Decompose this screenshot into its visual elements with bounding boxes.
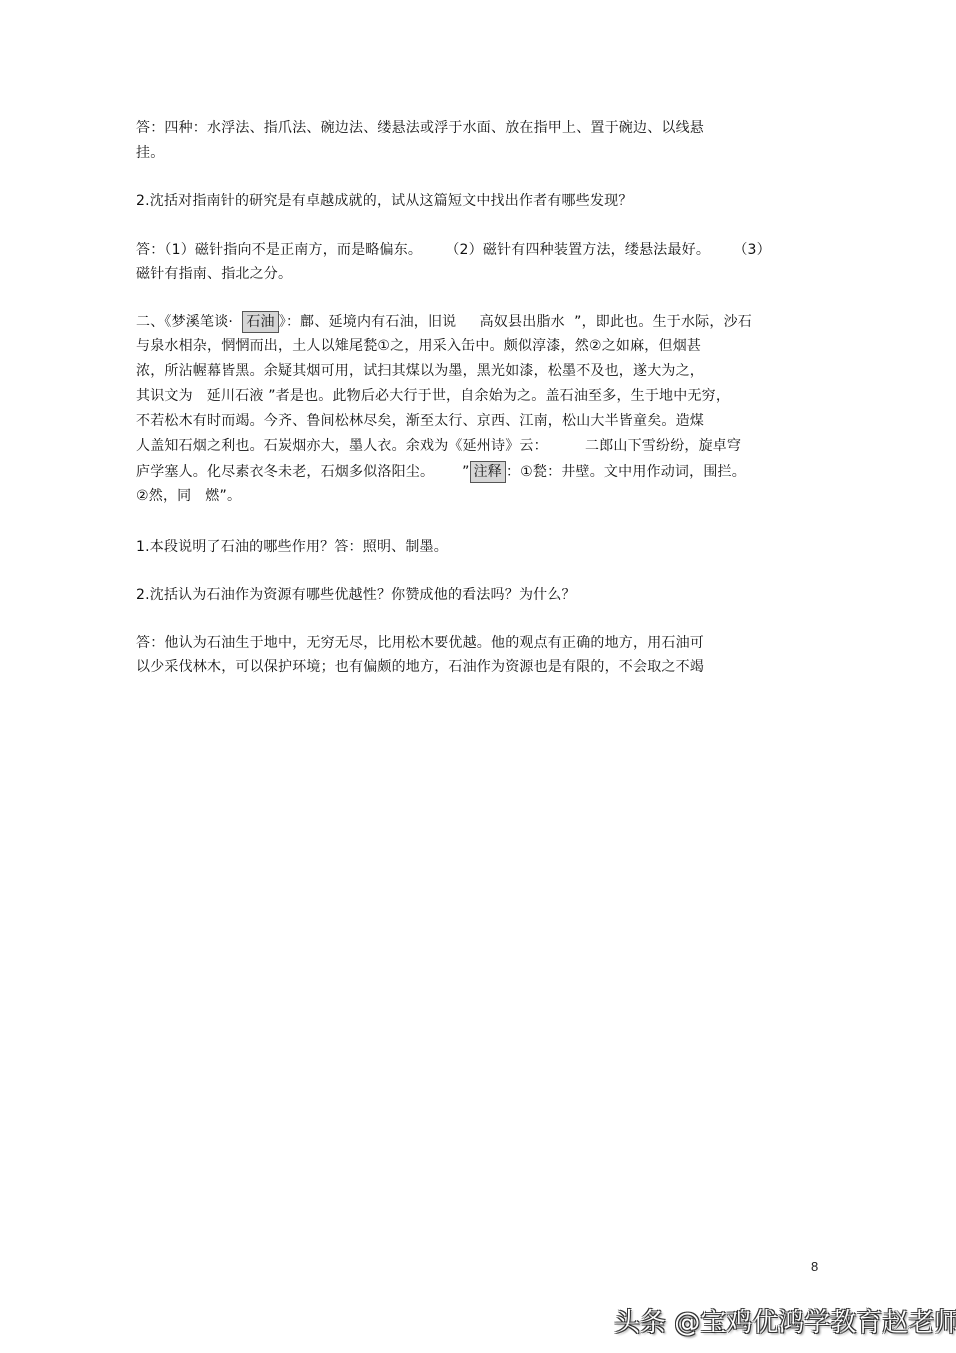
- passage-text: ：①甃：井壁。文中用作动词，围拦。: [506, 464, 746, 480]
- answer-line: 答：四种：水浮法、指爪法、碗边法、缕悬法或浮于水面、放在指甲上、置于碗边、以线悬: [136, 118, 704, 138]
- passage-line: 其识文为 延川石液 ”者是也。此物后必大行于世，自余始为之。盖石油至多，生于地中…: [136, 386, 730, 406]
- passage-text: 庐学塞人。化尽素衣冬未老，石烟多似洛阳尘。 ”: [136, 464, 470, 480]
- passage-line: 浓，所沾幄幕皆黑。余疑其烟可用，试扫其煤以为墨，黑光如漆，松墨不及也，遂大为之，: [136, 361, 704, 381]
- answer-line: 以少采伐林木，可以保护环境；也有偏颇的地方，石油作为资源也是有限的，不会取之不竭: [136, 657, 704, 677]
- highlighted-field-shiyou: 石油: [242, 311, 278, 333]
- page-number: 8: [811, 1259, 818, 1274]
- highlighted-field-zhushi: 注释: [470, 461, 506, 483]
- answer-line: 答：他认为石油生于地中，无穷无尽，比用松木要优越。他的观点有正确的地方，用石油可: [136, 633, 704, 653]
- passage-line: ②然，同 燃”。: [136, 486, 241, 506]
- answer-line: 挂。: [136, 143, 164, 163]
- question-line: 2.沈括认为石油作为资源有哪些优越性？你赞成他的看法吗？为什么？: [136, 585, 576, 605]
- question-line: 1.本段说明了石油的哪些作用？答：照明、制墨。: [136, 537, 448, 557]
- passage-line: 庐学塞人。化尽素衣冬未老，石烟多似洛阳尘。 ”注释：①甃：井壁。文中用作动词，围…: [136, 461, 746, 483]
- document-page: 答：四种：水浮法、指爪法、碗边法、缕悬法或浮于水面、放在指甲上、置于碗边、以线悬…: [0, 0, 956, 1353]
- passage-text: 二、《梦溪笔谈·: [136, 314, 242, 330]
- passage-line: 与泉水相杂，惘惘而出，土人以雉尾甃①之，用采入缶中。颇似淳漆，然②之如麻，但烟甚: [136, 336, 701, 356]
- passage-line: 不若松木有时而竭。今齐、鲁间松林尽矣，渐至太行、京西、江南，松山大半皆童矣。造煤: [136, 411, 704, 431]
- answer-line: 答：（1）磁针指向不是正南方，而是略偏东。 （2）磁针有四种装置方法，缕悬法最好…: [136, 240, 771, 260]
- passage-line: 人盖知石烟之利也。石炭烟亦大，墨人衣。余戏为《延州诗》云： 二郎山下雪纷纷，旋卓…: [136, 436, 741, 456]
- passage-text: 》：鄜、延境内有石油，旧说 高奴县出脂水 ”，即此也。生于水际，沙石: [279, 314, 752, 330]
- watermark-text: 头条 @宝鸡优鸿学教育赵老师: [614, 1302, 956, 1339]
- answer-line: 磁针有指南、指北之分。: [136, 264, 292, 284]
- passage-line: 二、《梦溪笔谈· 石油》：鄜、延境内有石油，旧说 高奴县出脂水 ”，即此也。生于…: [136, 311, 752, 333]
- question-line: 2.沈括对指南针的研究是有卓越成就的，试从这篇短文中找出作者有哪些发现？: [136, 191, 633, 211]
